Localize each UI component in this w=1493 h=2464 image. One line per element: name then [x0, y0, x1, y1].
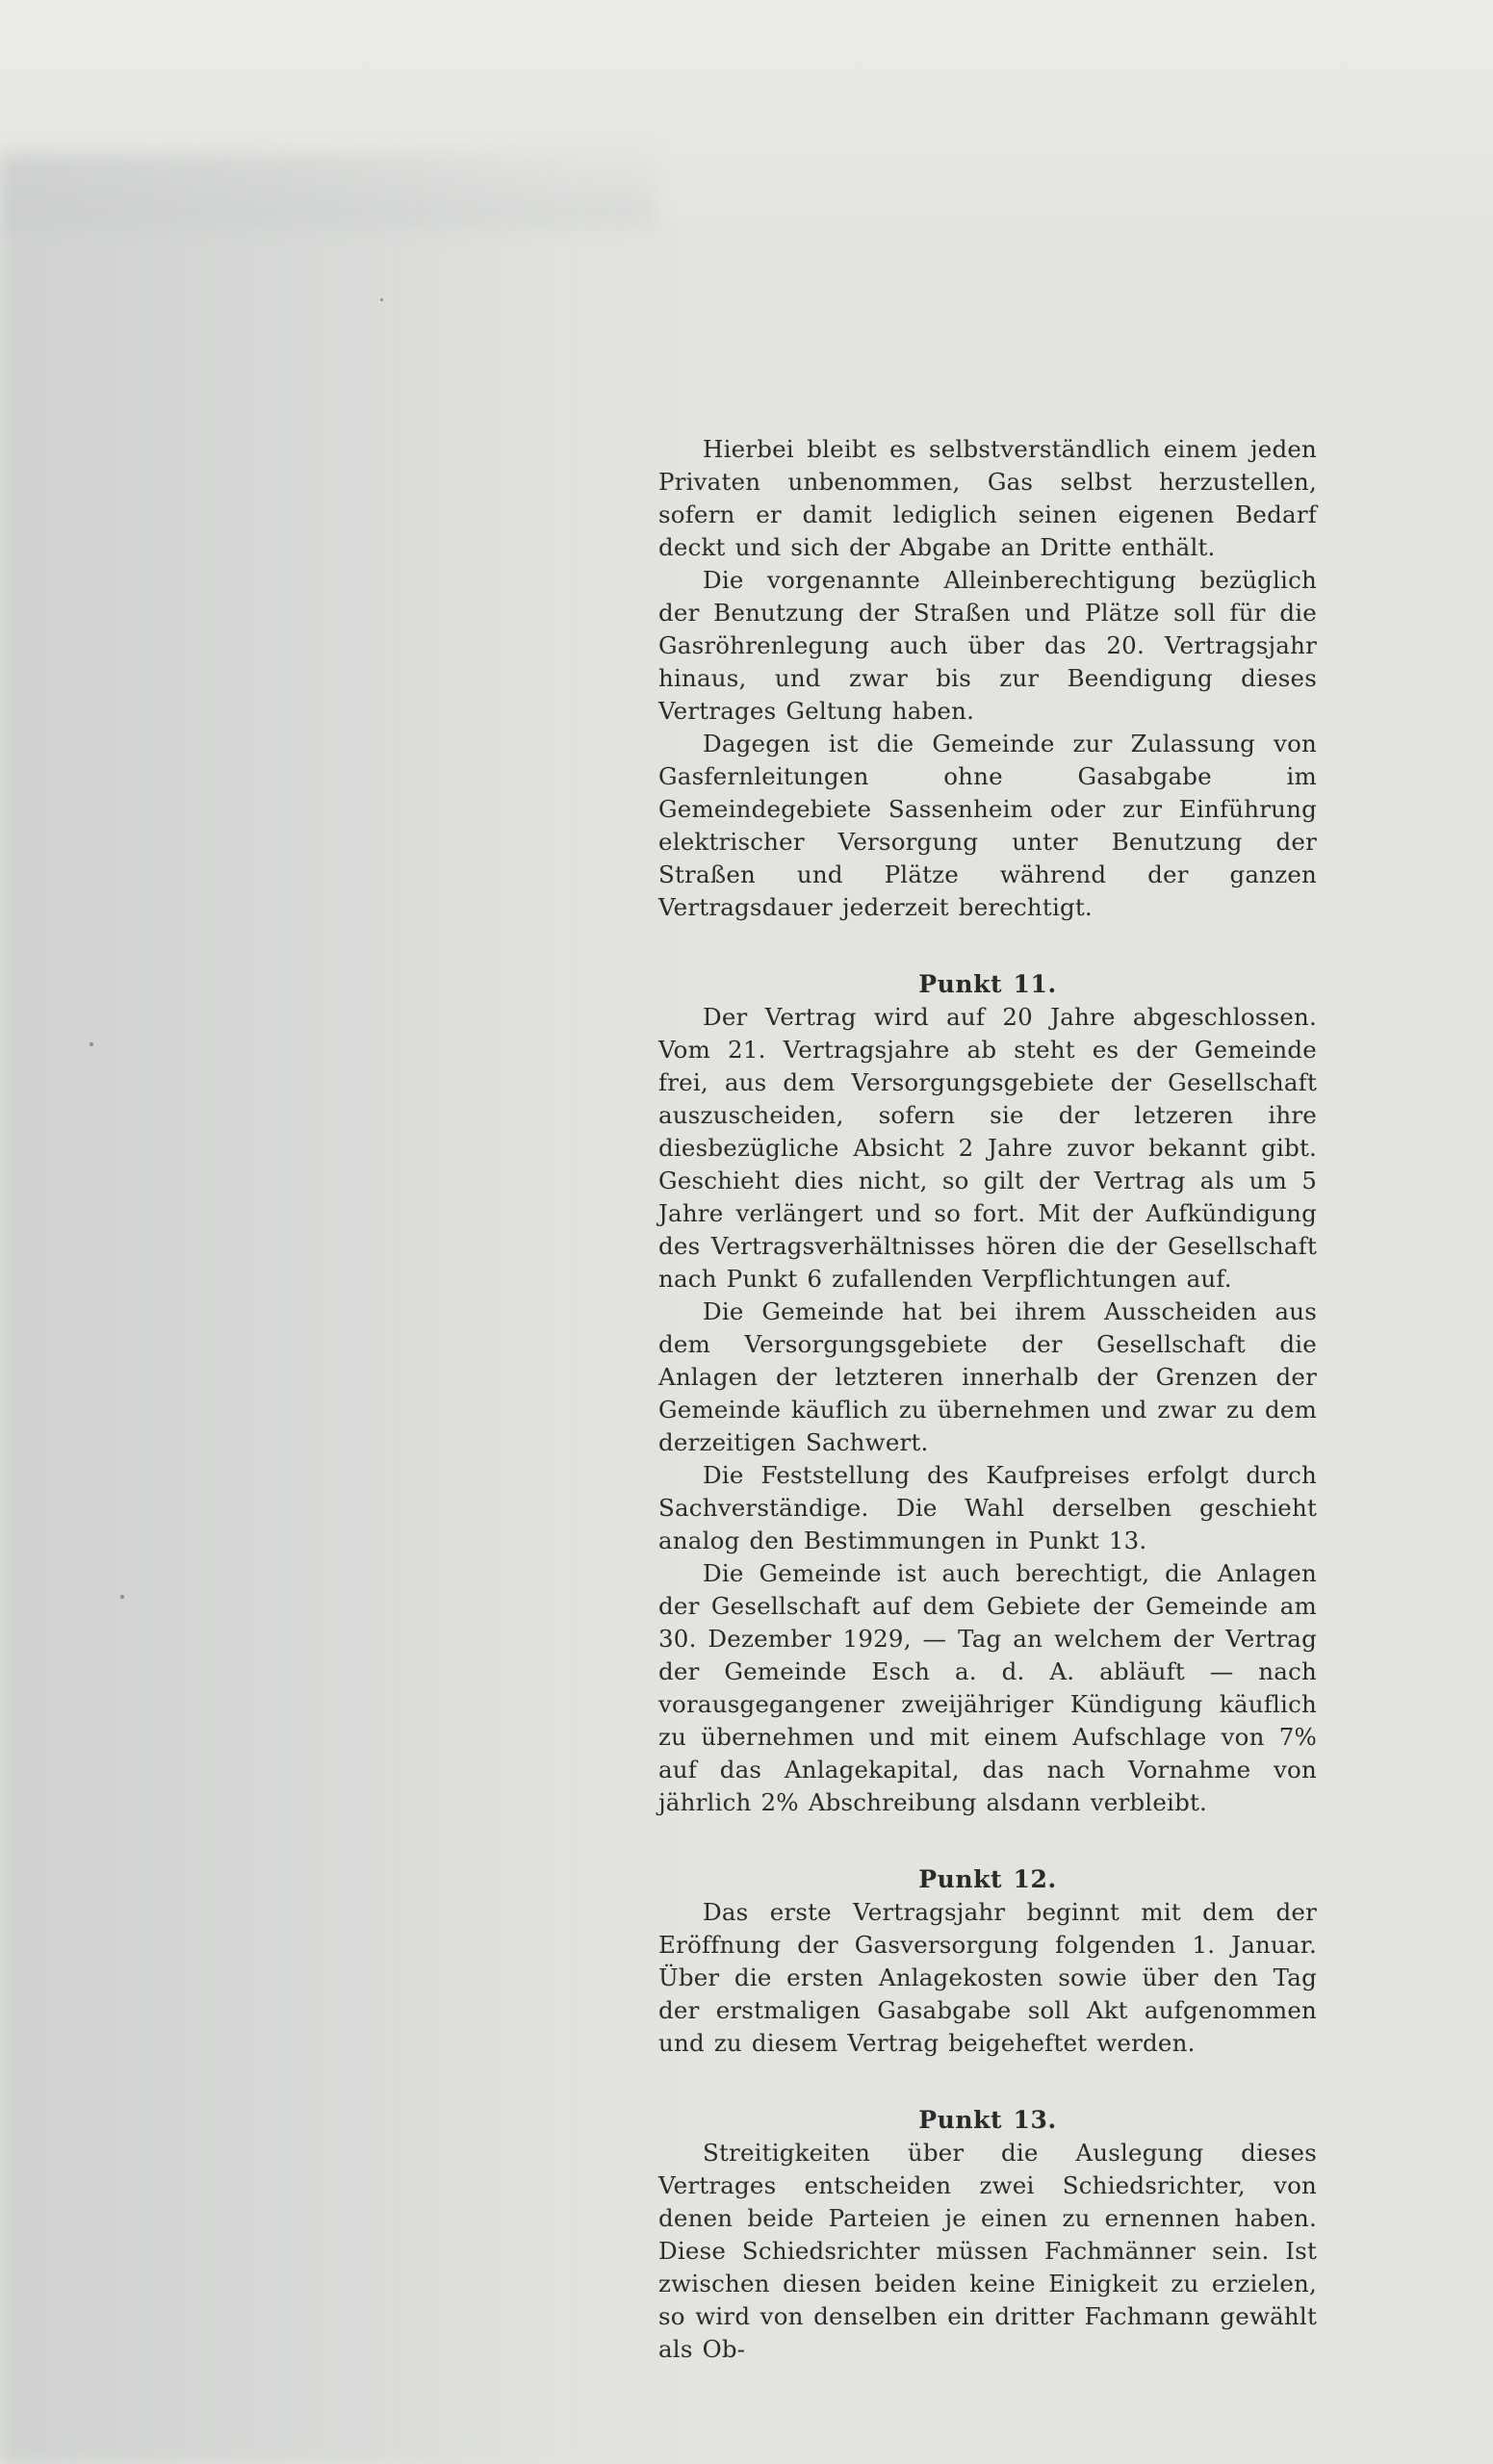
- paragraph: Die Gemeinde ist auch berechtigt, die An…: [658, 1557, 1317, 1819]
- spacer: [658, 1819, 1317, 1863]
- spacer: [658, 2060, 1317, 2104]
- paper-speck: [380, 298, 383, 301]
- section-punkt-13: Punkt 13. Streitigkeiten über die Ausleg…: [658, 2104, 1317, 2366]
- paragraph: Streitigkeiten über die Auslegung dieses…: [658, 2137, 1317, 2366]
- paper-speck: [120, 1595, 124, 1599]
- paragraph: Das erste Vertragsjahr beginnt mit dem d…: [658, 1896, 1317, 2060]
- paragraph: Die Gemeinde hat bei ihrem Ausscheiden a…: [658, 1296, 1317, 1459]
- section-punkt-12: Punkt 12. Das erste Vertragsjahr beginnt…: [658, 1863, 1317, 2060]
- paragraph: Der Vertrag wird auf 20 Jahre abgeschlos…: [658, 1001, 1317, 1296]
- paragraph: Hierbei bleibt es selbstverständlich ein…: [658, 433, 1317, 564]
- section-continuation: Hierbei bleibt es selbstverständlich ein…: [658, 433, 1317, 924]
- paragraph: Die vorgenannte Alleinberechtigung bezüg…: [658, 564, 1317, 728]
- paragraph: Dagegen ist die Gemeinde zur Zulassung v…: [658, 728, 1317, 924]
- section-heading: Punkt 11.: [658, 968, 1317, 1001]
- paragraph: Die Feststellung des Kaufpreises erfolgt…: [658, 1459, 1317, 1557]
- document-body: Hierbei bleibt es selbstverständlich ein…: [658, 433, 1317, 2366]
- section-heading: Punkt 13.: [658, 2104, 1317, 2137]
- section-heading: Punkt 12.: [658, 1863, 1317, 1896]
- paper-speck: [90, 1042, 93, 1046]
- page-shadow: [0, 154, 674, 2464]
- section-punkt-11: Punkt 11. Der Vertrag wird auf 20 Jahre …: [658, 968, 1317, 1819]
- spacer: [658, 924, 1317, 968]
